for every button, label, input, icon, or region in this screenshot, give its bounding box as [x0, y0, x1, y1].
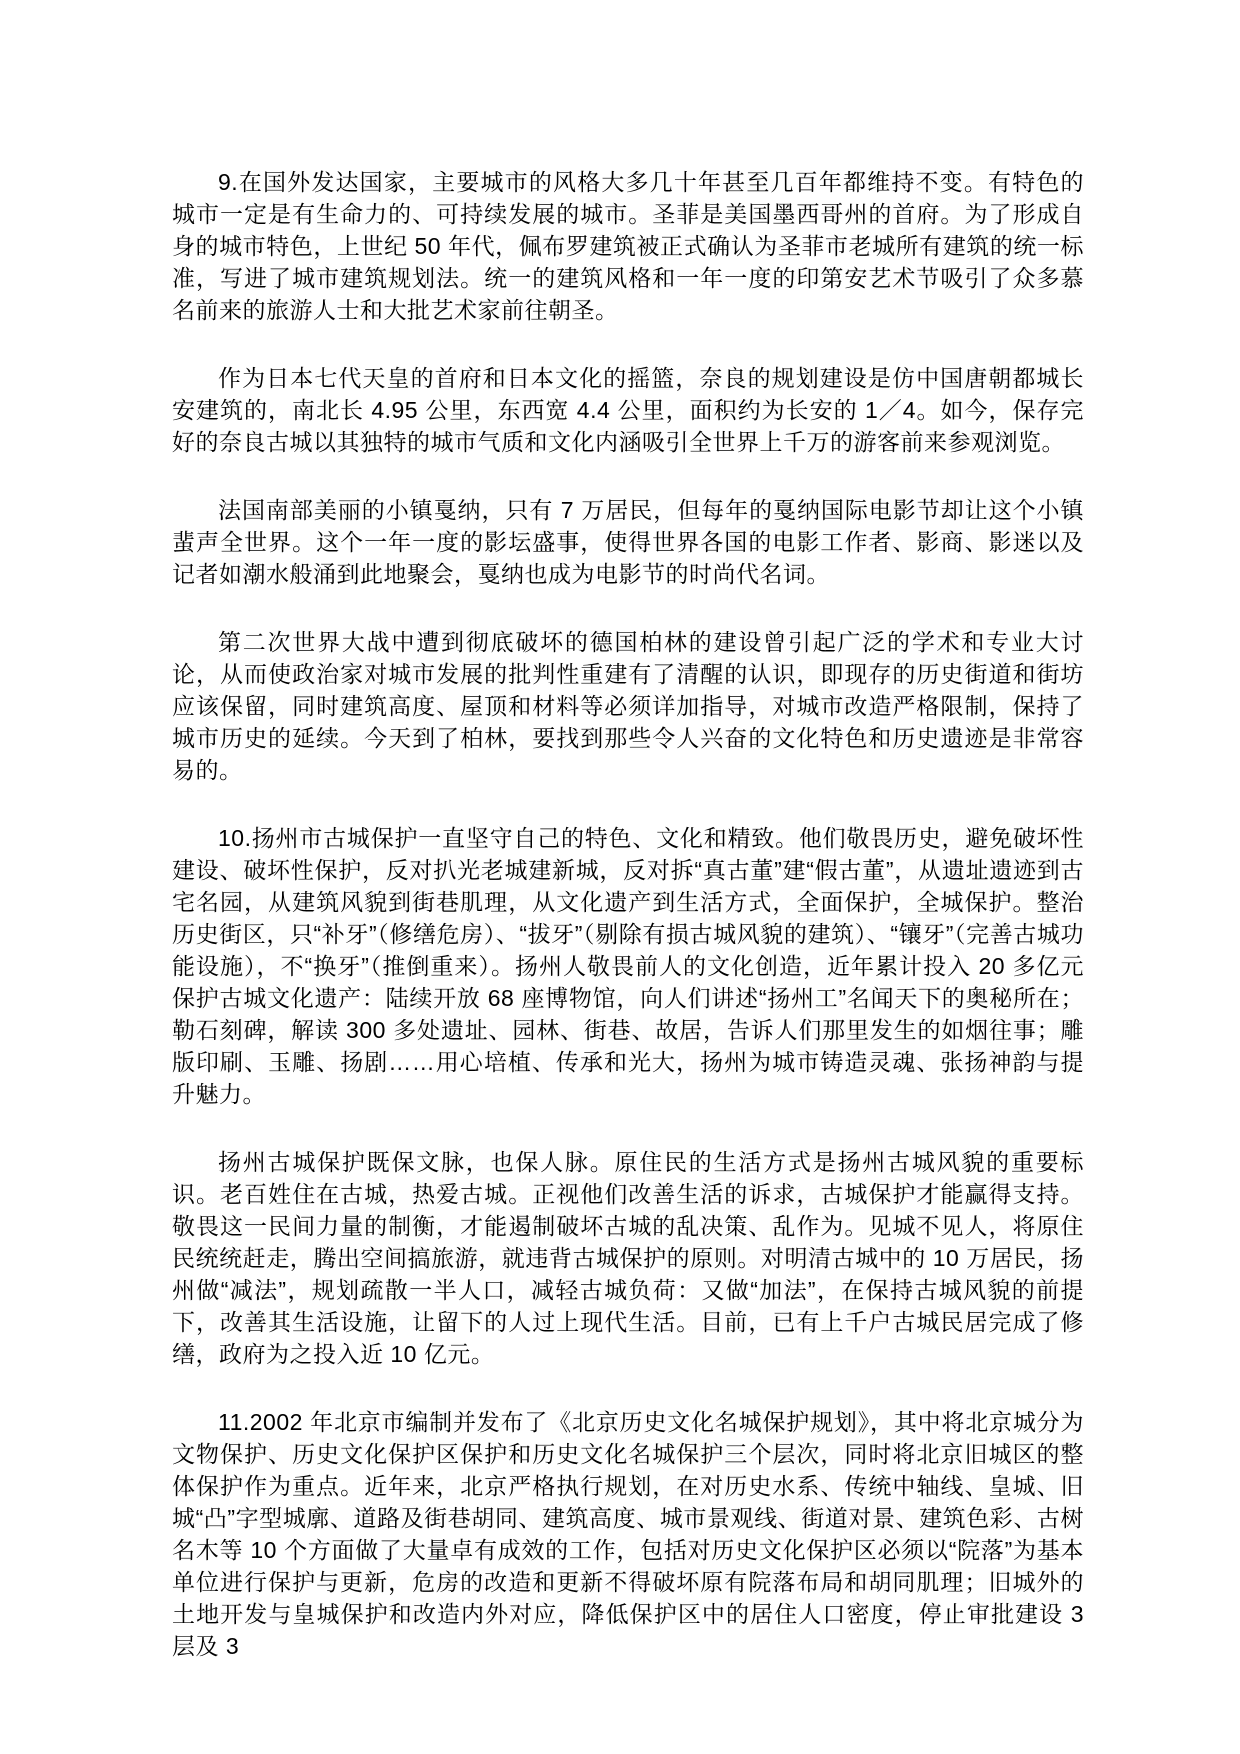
paragraph-cannes: 法国南部美丽的小镇戛纳，只有 7 万居民，但每年的戛纳国际电影节却让这个小镇蜚声…	[172, 494, 1084, 590]
page-background: { "page": { "kind": "plain-text-document…	[0, 0, 1240, 1754]
paragraph-nara: 作为日本七代天皇的首府和日本文化的摇篮，奈良的规划建设是仿中国唐朝都城长安建筑的…	[172, 362, 1084, 458]
paragraph-item-9: 9.在国外发达国家，主要城市的风格大多几十年甚至几百年都维持不变。有特色的城市一…	[172, 166, 1084, 326]
document-page: 9.在国外发达国家，主要城市的风格大多几十年甚至几百年都维持不变。有特色的城市一…	[172, 166, 1084, 1698]
paragraph-yangzhou-people: 扬州古城保护既保文脉，也保人脉。原住民的生活方式是扬州古城风貌的重要标识。老百姓…	[172, 1146, 1084, 1370]
paragraph-item-10: 10.扬州市古城保护一直坚守自己的特色、文化和精致。他们敬畏历史，避免破坏性建设…	[172, 822, 1084, 1110]
paragraph-item-11: 11.2002 年北京市编制并发布了《北京历史文化名城保护规划》，其中将北京城分…	[172, 1406, 1084, 1662]
paragraph-berlin: 第二次世界大战中遭到彻底破坏的德国柏林的建设曾引起广泛的学术和专业大讨论，从而使…	[172, 626, 1084, 786]
